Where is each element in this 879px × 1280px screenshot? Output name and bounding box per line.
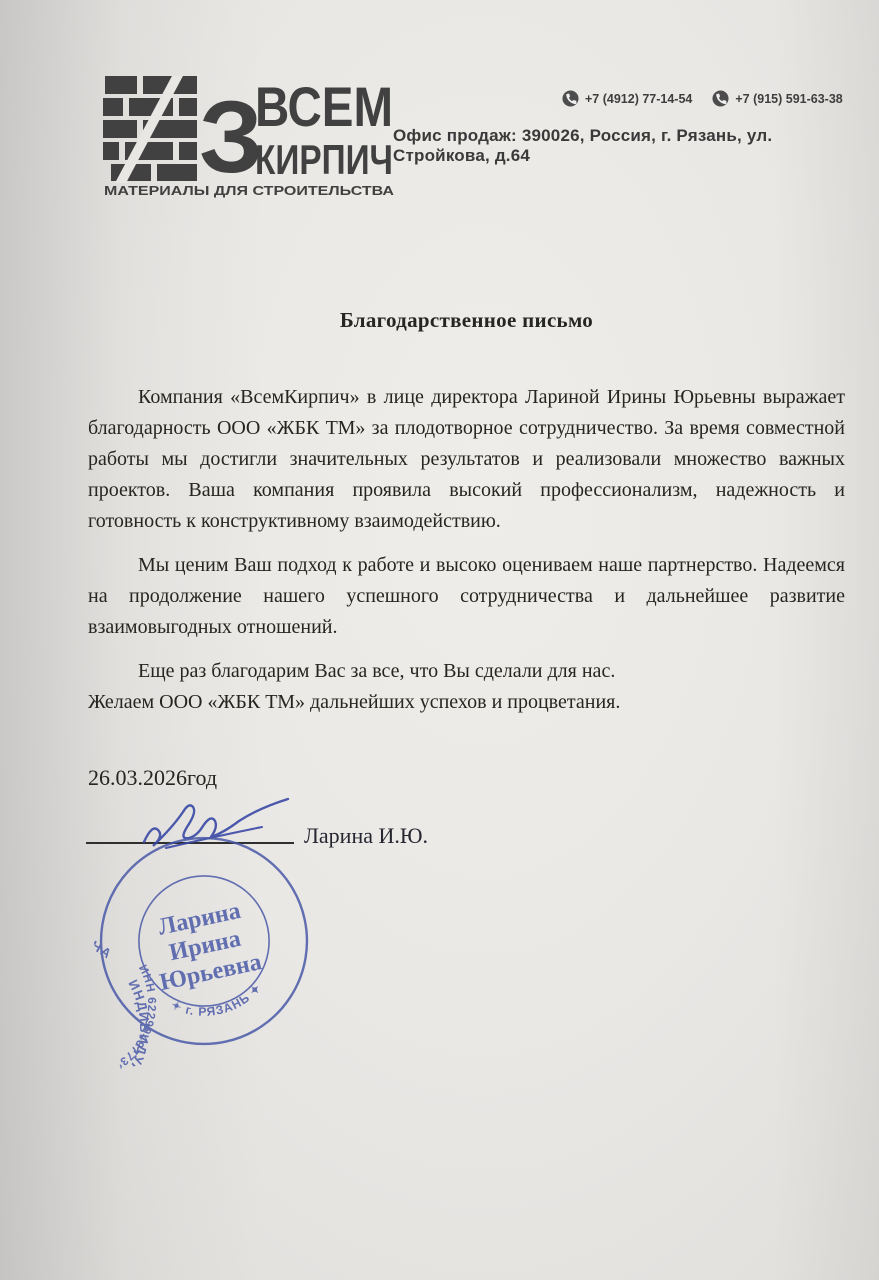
phone-icon	[712, 90, 729, 107]
signed-name: Ларина И.Ю.	[304, 823, 428, 849]
scanned-letter-page: З ВСЕМ КИРПИЧ МАТЕРИАЛЫ ДЛЯ СТРОИТЕЛЬСТВ…	[0, 0, 879, 1280]
brick-pattern-icon	[103, 76, 197, 183]
phone-icon	[562, 90, 579, 107]
closing-line-1: Еще раз благодарим Вас за все, что Вы сд…	[88, 656, 845, 687]
paragraph-2: Мы ценим Ваш подход к работе и высоко оц…	[88, 550, 845, 643]
closing-paragraph: Еще раз благодарим Вас за все, что Вы сд…	[88, 656, 845, 718]
logo-z-glyph: З	[199, 80, 263, 194]
stamp-graphic: ИНДИВИДУАЛЬНЫЙ ПРЕДПРИНИМАТЕЛЬ ЛАРИНА ИР…	[76, 813, 332, 1069]
phone-number-2: +7 (915) 591-63-38	[735, 92, 842, 106]
paragraph-1: Компания «ВсемКирпич» в лице директора Л…	[88, 382, 845, 537]
sales-office-address: Офис продаж: 390026, Россия, г. Рязань, …	[393, 126, 853, 166]
phone-item-2: +7 (915) 591-63-38	[712, 90, 842, 107]
stamp-inner-ring-text: ИНН 622904977392 ОГРНИП 317623400019391	[76, 940, 173, 1069]
letter-body: Компания «ВсемКирпич» в лице директора Л…	[88, 382, 845, 718]
closing-line-2: Желаем ООО «ЖБК ТМ» дальнейших успехов и…	[88, 687, 845, 718]
logo-tagline: МАТЕРИАЛЫ ДЛЯ СТРОИТЕЛЬСТВА	[104, 184, 394, 198]
logo-word-vsem: ВСЕМ	[255, 76, 393, 138]
svg-text:ИНН 622904977392 ОГРНИП 317623: ИНН 622904977392 ОГРНИП 317623400019391	[76, 940, 173, 1069]
logo-graphic: З ВСЕМ КИРПИЧ МАТЕРИАЛЫ ДЛЯ СТРОИТЕЛЬСТВ…	[103, 76, 395, 198]
phone-number-1: +7 (4912) 77-14-54	[585, 92, 692, 106]
phone-item-1: +7 (4912) 77-14-54	[562, 90, 692, 107]
letter-title: Благодарственное письмо	[88, 308, 845, 333]
company-stamp: ИНДИВИДУАЛЬНЫЙ ПРЕДПРИНИМАТЕЛЬ ЛАРИНА ИР…	[76, 813, 332, 1069]
phone-numbers: +7 (4912) 77-14-54 +7 (915) 591-63-38	[562, 90, 843, 107]
logo-word-kirpich: КИРПИЧ	[255, 136, 393, 183]
letter-date: 26.03.2026год	[88, 765, 217, 791]
company-logo: З ВСЕМ КИРПИЧ МАТЕРИАЛЫ ДЛЯ СТРОИТЕЛЬСТВ…	[103, 76, 395, 198]
